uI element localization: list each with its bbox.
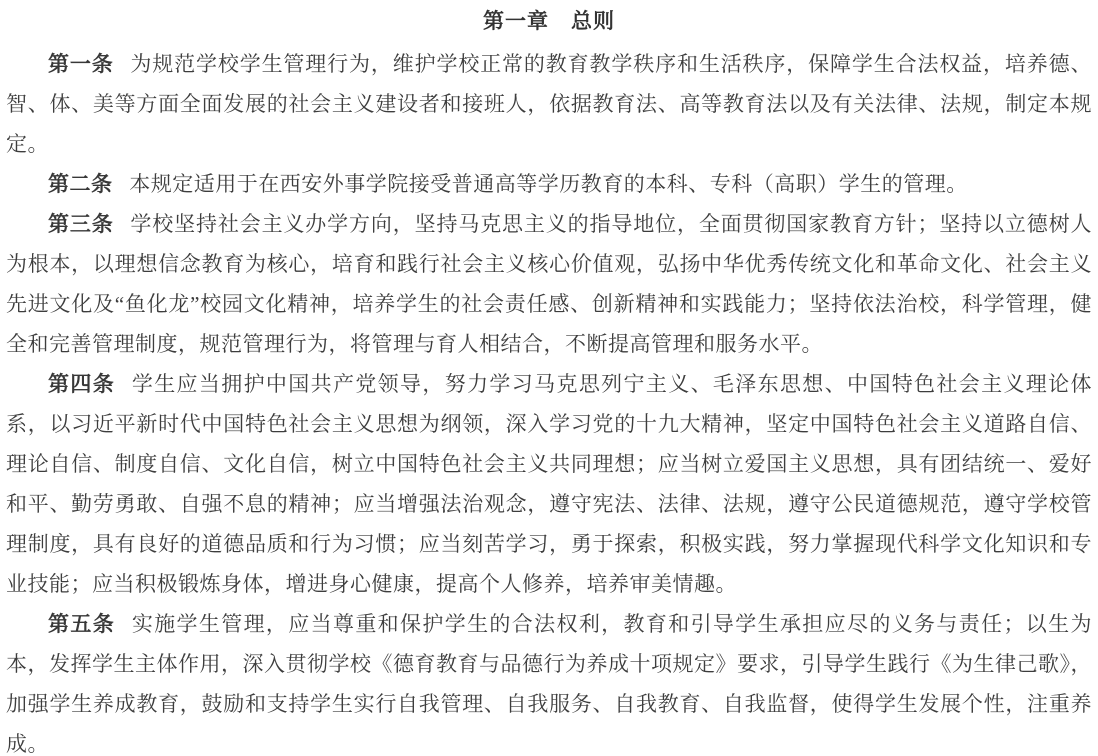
article-5-label: 第五条 (48, 612, 115, 636)
article-3-label: 第三条 (48, 212, 114, 236)
article-3-text: 学校坚持社会主义办学方向，坚持马克思主义的指导地位，全面贯彻国家教育方针；坚持以… (6, 212, 1092, 356)
article-1-text: 为规范学校学生管理行为，维护学校正常的教育教学秩序和生活秩序，保障学生合法权益，… (6, 52, 1092, 156)
article-4-text: 学生应当拥护中国共产党领导，努力学习马克思列宁主义、毛泽东思想、中国特色社会主义… (6, 372, 1092, 596)
article-2-text: 本规定适用于在西安外事学院接受普通高等学历教育的本科、专科（高职）学生的管理。 (129, 172, 968, 196)
article-3-paragraph: 第三条学校坚持社会主义办学方向，坚持马克思主义的指导地位，全面贯彻国家教育方针；… (6, 204, 1092, 364)
article-2-label: 第二条 (48, 172, 113, 196)
article-5-paragraph: 第五条实施学生管理，应当尊重和保护学生的合法权利，教育和引导学生承担应尽的义务与… (6, 604, 1092, 756)
article-1-label: 第一条 (48, 52, 114, 76)
article-5-text: 实施学生管理，应当尊重和保护学生的合法权利，教育和引导学生承担应尽的义务与责任；… (6, 612, 1092, 756)
chapter-title: 第一章 总则 (6, 6, 1092, 34)
article-4-paragraph: 第四条学生应当拥护中国共产党领导，努力学习马克思列宁主义、毛泽东思想、中国特色社… (6, 364, 1092, 604)
article-1-paragraph: 第一条为规范学校学生管理行为，维护学校正常的教育教学秩序和生活秩序，保障学生合法… (6, 44, 1092, 164)
article-2-paragraph: 第二条本规定适用于在西安外事学院接受普通高等学历教育的本科、专科（高职）学生的管… (6, 164, 1092, 204)
article-4-label: 第四条 (48, 372, 115, 396)
regulation-document-page: 第一章 总则 第一条为规范学校学生管理行为，维护学校正常的教育教学秩序和生活秩序… (0, 0, 1098, 756)
